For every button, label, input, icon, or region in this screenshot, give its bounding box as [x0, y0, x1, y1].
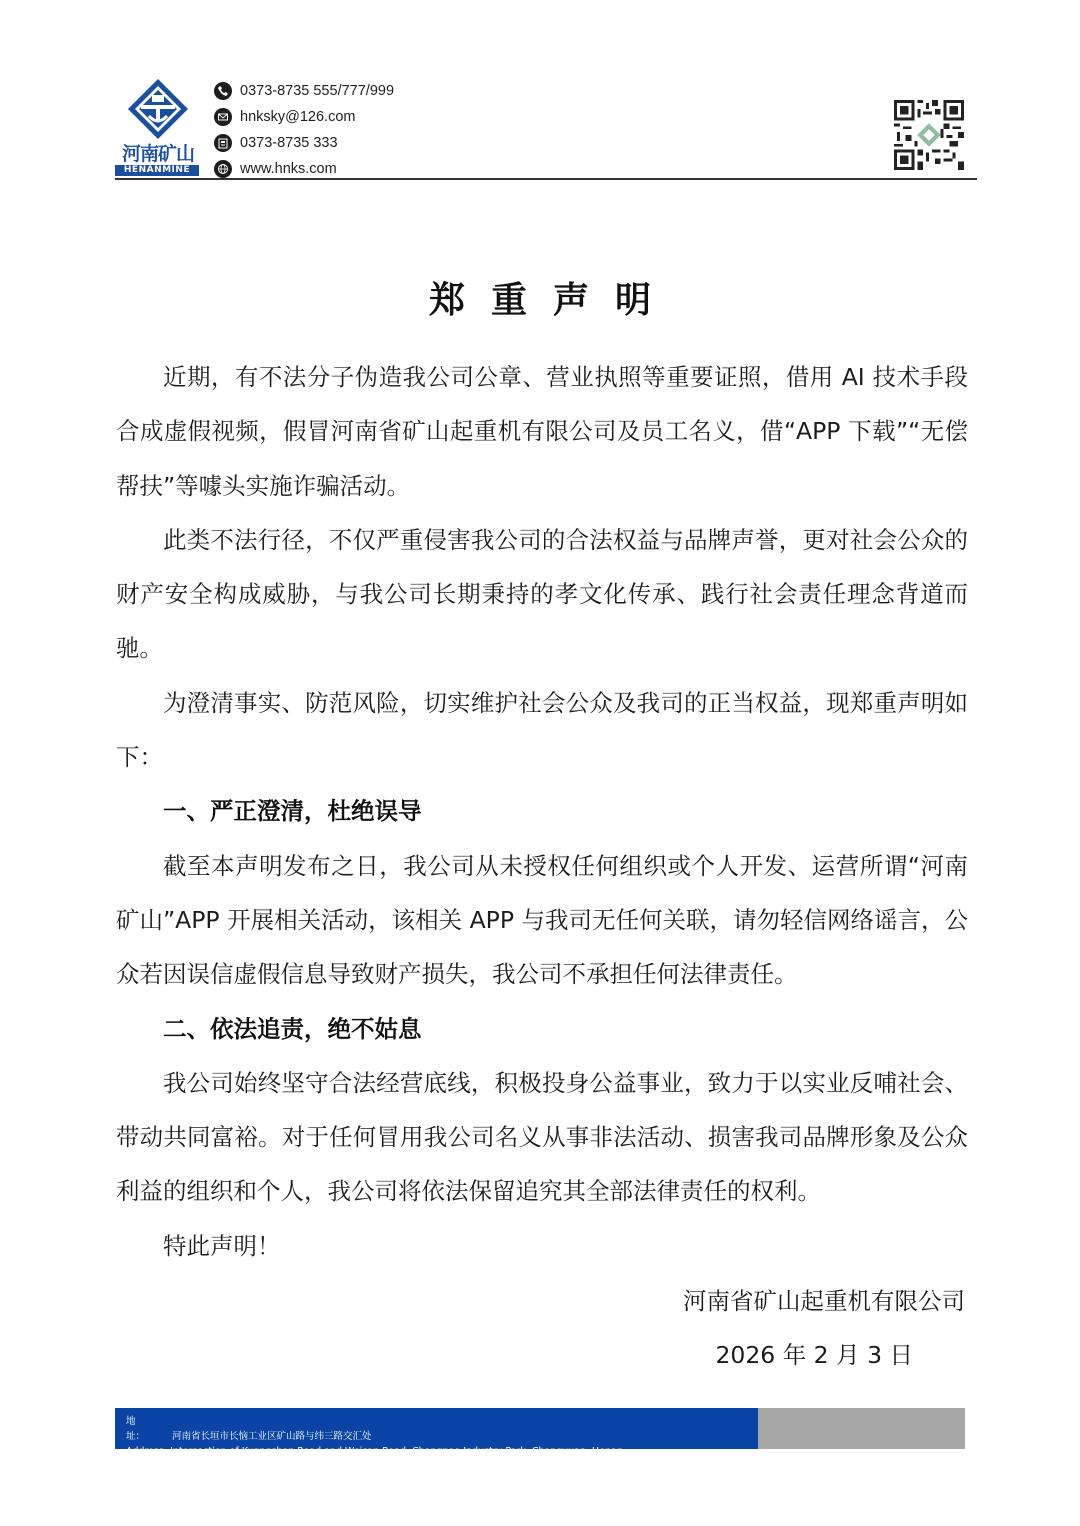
company-logo: 河南矿山 HENANMINE: [115, 78, 201, 178]
footer-bar: 地 址：河南省长垣市长恼工业区矿山路与纬三路交汇处 Address: Inter…: [115, 1408, 965, 1449]
address-en: Intersection of Kuangshan Road and Weisa…: [170, 1446, 623, 1457]
signature-company: 河南省矿山起重机有限公司: [683, 1274, 965, 1328]
signature-block: 河南省矿山起重机有限公司 2026 年 2 月 3 日: [683, 1274, 965, 1382]
section-2-heading: 二、依法追责，绝不姑息: [116, 1002, 968, 1056]
contact-phone-text: 0373-8735 555/777/999: [240, 83, 394, 99]
logo-name-en: HENANMINE: [115, 165, 199, 176]
signature-date: 2026 年 2 月 3 日: [683, 1328, 965, 1382]
contact-fax: 0373-8735 333: [214, 130, 394, 156]
fax-icon: [214, 134, 232, 152]
section-1-text: 截至本声明发布之日，我公司从未授权任何组织或个人开发、运营所谓“河南矿山”APP…: [116, 839, 968, 1002]
paragraph-intro: 近期，有不法分子伪造我公司公章、营业执照等重要证照，借用 AI 技术手段合成虚假…: [116, 350, 968, 513]
address-label-en: Address:: [126, 1446, 170, 1457]
logo-name-cn: 河南矿山: [115, 144, 201, 164]
logo-emblem-icon: [127, 78, 189, 140]
footer-address: 地 址：河南省长垣市长恼工业区矿山路与纬三路交汇处 Address: Inter…: [115, 1408, 758, 1449]
footer-address-en: Address: Intersection of Kuangshan Road …: [126, 1444, 758, 1459]
document-title: 郑重声明: [0, 272, 1080, 323]
address-label-cn: 地 址：: [126, 1414, 172, 1444]
contact-email: hnksky@126.com: [214, 104, 394, 130]
paragraph-purpose: 为澄清事实、防范风险，切实维护社会公众及我司的正当权益，现郑重声明如下：: [116, 676, 968, 785]
footer-gray-block: [758, 1408, 965, 1449]
contact-email-text: hnksky@126.com: [240, 109, 355, 125]
mail-icon: [214, 108, 232, 126]
paragraph-impact: 此类不法行径，不仅严重侵害我公司的合法权益与品牌声誉，更对社会公众的财产安全构成…: [116, 513, 968, 676]
section-2-text: 我公司始终坚守合法经营底线，积极投身公益事业，致力于以实业反哺社会、带动共同富裕…: [116, 1056, 968, 1219]
contact-website-text: www.hnks.com: [240, 161, 337, 177]
contact-phone: 0373-8735 555/777/999: [214, 78, 394, 104]
qr-code: [893, 100, 965, 170]
footer-address-cn: 地 址：河南省长垣市长恼工业区矿山路与纬三路交汇处: [126, 1414, 758, 1444]
closing-statement: 特此声明！: [116, 1219, 968, 1273]
header-divider: [115, 178, 977, 180]
document-body: 近期，有不法分子伪造我公司公章、营业执照等重要证照，借用 AI 技术手段合成虚假…: [116, 350, 968, 1273]
address-cn: 河南省长垣市长恼工业区矿山路与纬三路交汇处: [172, 1431, 372, 1442]
globe-icon: [214, 160, 232, 178]
contact-fax-text: 0373-8735 333: [240, 135, 338, 151]
contact-list: 0373-8735 555/777/999 hnksky@126.com 037…: [214, 78, 394, 182]
section-1-heading: 一、严正澄清，杜绝误导: [116, 784, 968, 838]
phone-icon: [214, 82, 232, 100]
